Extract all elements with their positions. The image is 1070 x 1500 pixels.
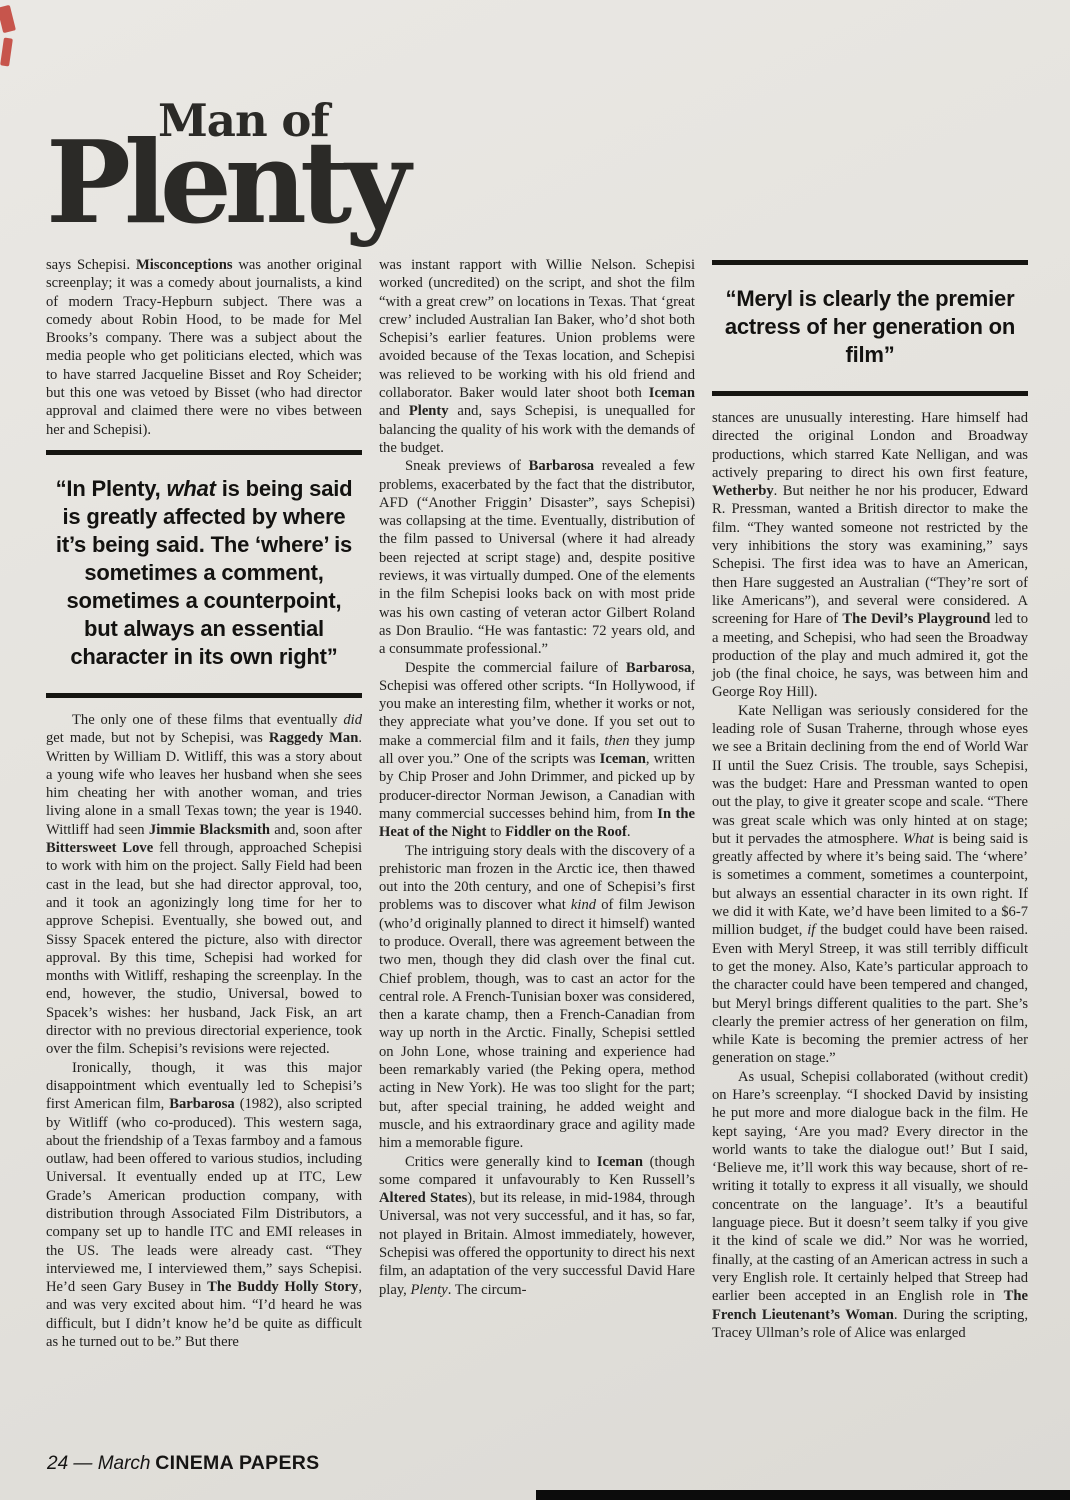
text-run: Plenty [409, 403, 449, 419]
text-run: Iceman [597, 1154, 643, 1170]
text-run: . [627, 824, 631, 840]
page-footer: 24 — March CINEMA PAPERS [47, 1452, 320, 1475]
red-pen-mark [0, 5, 16, 33]
text-run: The Devil’s Playground [842, 611, 990, 627]
article-title: Plenty [46, 133, 404, 232]
text-run: Iceman [600, 751, 646, 767]
text-run: Altered States [379, 1190, 467, 1206]
article-column-1: says Schepisi. Misconceptions was anothe… [46, 256, 362, 1351]
text-run: Iceman [649, 385, 695, 401]
text-run: Fiddler on the Roof [505, 824, 627, 840]
body-paragraph: As usual, Schepisi collaborated (without… [712, 1068, 1028, 1342]
text-run: was another original screenplay; it was … [46, 257, 362, 438]
text-run: Bittersweet Love [46, 840, 153, 856]
text-run: Plenty [410, 1282, 447, 1298]
bottom-crop-bar [536, 1490, 1070, 1500]
text-run: is being said is greatly affected by whe… [56, 476, 352, 669]
text-run: What [903, 831, 934, 847]
text-run: Sneak previews of [405, 458, 529, 474]
text-run: the budget could have been raised. Even … [712, 922, 1028, 1066]
text-run: “Meryl is clearly the premier actress of… [725, 286, 1015, 367]
text-run: Kate Nelligan was seriously considered f… [712, 703, 1028, 847]
text-run: The Buddy Holly Story [207, 1279, 358, 1295]
body-paragraph: Despite the commercial failure of Barbar… [379, 659, 695, 842]
text-run: Jimmie Blacksmith [149, 822, 270, 838]
text-run: kind [571, 897, 596, 913]
text-run: says Schepisi. [46, 257, 136, 273]
body-paragraph: Ironically, though, it was this major di… [46, 1059, 362, 1352]
text-run: was instant rapport with Willie Nelson. … [379, 257, 695, 401]
text-run: and [379, 403, 409, 419]
text-run: As usual, Schepisi collaborated (without… [712, 1069, 1028, 1305]
text-run: Wetherby [712, 483, 774, 499]
text-run: what [167, 476, 216, 501]
body-paragraph: stances are unusually interesting. Hare … [712, 409, 1028, 702]
text-run: fell through, approached Schepisi to wor… [46, 840, 362, 1057]
body-paragraph: Kate Nelligan was seriously considered f… [712, 702, 1028, 1068]
text-run: . But neither he nor his producer, Edwar… [712, 483, 1028, 627]
text-run: Despite the commercial failure of [405, 660, 626, 676]
article-masthead: Man of Plenty [46, 98, 404, 232]
text-run: get made, but not by Schepisi, was [46, 730, 269, 746]
article-column-2: was instant rapport with Willie Nelson. … [379, 256, 695, 1351]
text-run: did [343, 712, 362, 728]
text-run: then [604, 733, 629, 749]
text-run: Barbarosa [529, 458, 594, 474]
body-paragraph: was instant rapport with Willie Nelson. … [379, 256, 695, 457]
text-run: to [486, 824, 505, 840]
red-pen-mark [0, 38, 13, 67]
text-run: The only one of these films that eventua… [72, 712, 343, 728]
pull-quote: “In Plenty, what is being said is greatl… [46, 450, 362, 698]
text-run: . The circum- [448, 1282, 527, 1298]
body-paragraph: Sneak previews of Barbarosa revealed a f… [379, 457, 695, 658]
text-run: (1982), also scripted by Witliff (who co… [46, 1096, 362, 1295]
text-run: stances are unusually interesting. Hare … [712, 410, 1028, 481]
article-column-3: “Meryl is clearly the premier actress of… [712, 256, 1028, 1351]
page-number-and-month: 24 — March [47, 1453, 150, 1474]
text-run: Misconceptions [136, 257, 232, 273]
text-run: revealed a few problems, exacerbated by … [379, 458, 695, 657]
text-run: Raggedy Man [269, 730, 359, 746]
magazine-name: CINEMA PAPERS [155, 1452, 319, 1474]
text-run: of film Jewison (who’d originally planne… [379, 897, 695, 1151]
text-run: Barbarosa [169, 1096, 234, 1112]
article-columns: says Schepisi. Misconceptions was anothe… [46, 256, 1028, 1351]
text-run: Critics were generally kind to [405, 1154, 597, 1170]
pull-quote: “Meryl is clearly the premier actress of… [712, 260, 1028, 396]
body-paragraph: says Schepisi. Misconceptions was anothe… [46, 256, 362, 439]
text-run: and, soon after [270, 822, 362, 838]
body-paragraph: The only one of these films that eventua… [46, 711, 362, 1059]
text-run: “In Plenty, [56, 476, 167, 501]
body-paragraph: The intriguing story deals with the disc… [379, 842, 695, 1153]
text-run: Barbarosa [626, 660, 691, 676]
body-paragraph: Critics were generally kind to Iceman (t… [379, 1153, 695, 1299]
